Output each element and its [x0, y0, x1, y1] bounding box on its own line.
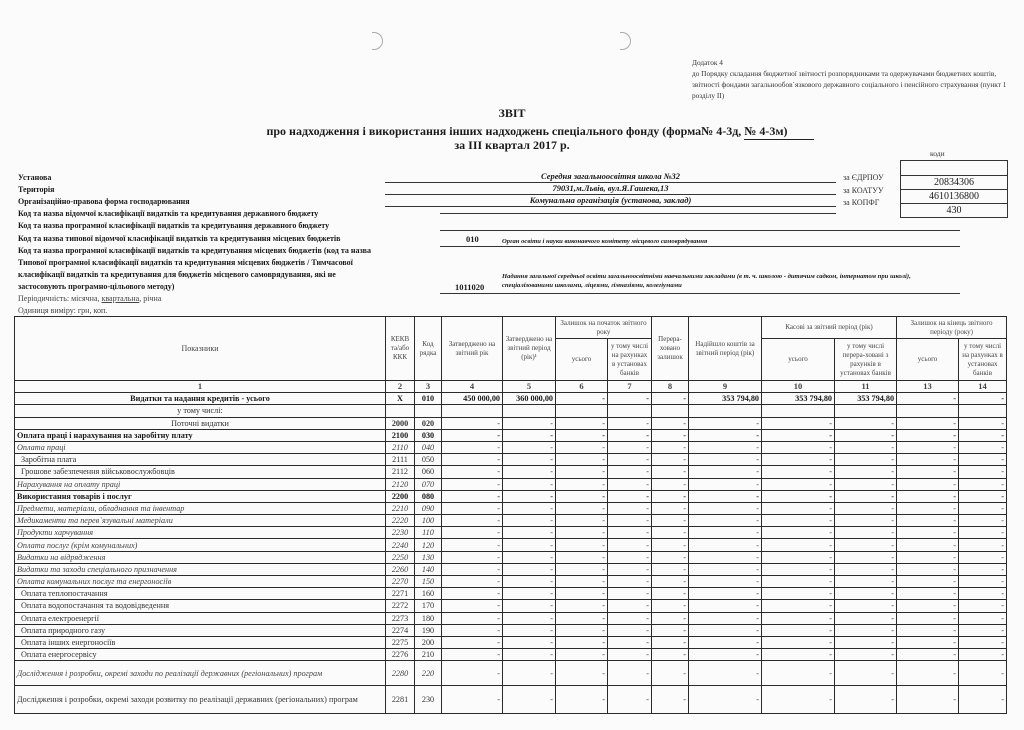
- kopfg-code: 430: [901, 203, 1007, 217]
- row-value: [503, 405, 556, 417]
- row-value: -: [835, 649, 897, 661]
- row-value: -: [897, 527, 959, 539]
- row-value: -: [689, 478, 762, 490]
- row-label: Поточні видатки: [15, 417, 386, 429]
- row-value: -: [897, 636, 959, 648]
- column-number: 9: [689, 381, 762, 393]
- row-value: -: [652, 454, 689, 466]
- row-value: -: [608, 429, 652, 441]
- row-code: 070: [415, 478, 442, 490]
- row-code: 110: [415, 527, 442, 539]
- row-kekv: 2100: [386, 429, 415, 441]
- report-period: за III квартал 2017 р.: [0, 138, 1024, 153]
- row-kekv: 2280: [386, 661, 415, 686]
- dept-local-name: Орган освіти і науки виконавчого комітет…: [502, 237, 707, 246]
- table-row: Оплата інших енергоносіїв2275200--------…: [15, 636, 1007, 648]
- row-value: -: [835, 600, 897, 612]
- row-value: [897, 405, 959, 417]
- row-value: -: [652, 393, 689, 405]
- row-kekv: 2271: [386, 588, 415, 600]
- koatuu-label: за КОАТУУ: [843, 186, 884, 195]
- table-row: Оплата праці2110040----------: [15, 441, 1007, 453]
- row-value: -: [762, 417, 835, 429]
- row-value: -: [442, 612, 503, 624]
- row-value: -: [503, 515, 556, 527]
- table-row: Медикаменти та перев`язувальні матеріали…: [15, 515, 1007, 527]
- row-kekv: 2276: [386, 649, 415, 661]
- row-value: -: [556, 502, 608, 514]
- row-value: -: [652, 490, 689, 502]
- row-label: Дослідження і розробки, окремі заходи по…: [15, 661, 386, 686]
- row-kekv: 2110: [386, 441, 415, 453]
- row-value: -: [556, 636, 608, 648]
- row-value: -: [689, 576, 762, 588]
- header-cash-transferred: у тому числі перера-ховані з рахунків в …: [835, 339, 897, 381]
- row-value: -: [762, 624, 835, 636]
- report-table: Показники КЕКВ та/або ККК Код рядка Затв…: [14, 316, 1007, 714]
- row-value: 360 000,00: [503, 393, 556, 405]
- row-value: -: [503, 686, 556, 714]
- codes-label: коди: [930, 149, 945, 158]
- row-value: -: [897, 563, 959, 575]
- row-value: -: [835, 527, 897, 539]
- row-value: [442, 405, 503, 417]
- punch-hole-mark: [620, 32, 631, 50]
- header-balance-end-total: усього: [897, 339, 959, 381]
- row-value: -: [652, 478, 689, 490]
- row-value: -: [959, 466, 1007, 478]
- report-title: ЗВІТ: [0, 106, 1024, 121]
- row-value: -: [556, 429, 608, 441]
- row-value: -: [959, 393, 1007, 405]
- row-value: -: [652, 466, 689, 478]
- row-value: -: [835, 454, 897, 466]
- institution-value: Середня загальноосвітня школа №32: [385, 171, 836, 183]
- column-number: 2: [386, 381, 415, 393]
- row-value: -: [959, 417, 1007, 429]
- row-value: -: [608, 441, 652, 453]
- row-value: -: [959, 527, 1007, 539]
- table-row: Оплата комунальних послуг та енергоносії…: [15, 576, 1007, 588]
- row-value: -: [959, 551, 1007, 563]
- row-value: [762, 405, 835, 417]
- row-value: -: [652, 417, 689, 429]
- row-label: Нарахування на оплату праці: [15, 478, 386, 490]
- org-form-value: Комунальна організація (установа, заклад…: [385, 195, 836, 207]
- row-kekv: 2274: [386, 624, 415, 636]
- row-code: 180: [415, 612, 442, 624]
- row-value: -: [608, 527, 652, 539]
- row-value: -: [503, 527, 556, 539]
- row-value: -: [503, 466, 556, 478]
- table-row: Дослідження і розробки, окремі заходи ро…: [15, 686, 1007, 714]
- row-value: -: [503, 563, 556, 575]
- header-kekv: КЕКВ та/або ККК: [386, 317, 415, 381]
- row-value: -: [959, 454, 1007, 466]
- row-code: 190: [415, 624, 442, 636]
- periodicity-selected: квартальна: [102, 294, 140, 303]
- row-label: Дослідження і розробки, окремі заходи ро…: [15, 686, 386, 714]
- row-value: -: [959, 624, 1007, 636]
- header-transferred: Перера-ховано залишок: [652, 317, 689, 381]
- row-value: -: [503, 636, 556, 648]
- row-value: -: [762, 429, 835, 441]
- table-row: Заробітна плата2111050----------: [15, 454, 1007, 466]
- prog-local-label-3: класифікації видатків та кредитування дл…: [18, 269, 336, 281]
- row-value: -: [608, 624, 652, 636]
- row-value: -: [897, 417, 959, 429]
- table-row: Нарахування на оплату праці2120070------…: [15, 478, 1007, 490]
- row-value: 353 794,80: [689, 393, 762, 405]
- row-kekv: X: [386, 393, 415, 405]
- row-value: -: [652, 527, 689, 539]
- row-kekv: 2210: [386, 502, 415, 514]
- row-label: Оплата природного газу: [15, 624, 386, 636]
- row-value: -: [652, 624, 689, 636]
- row-value: -: [608, 417, 652, 429]
- column-number: 8: [652, 381, 689, 393]
- appendix-note: Додаток 4 до Порядку складання бюджетної…: [692, 57, 1012, 101]
- row-value: -: [556, 624, 608, 636]
- row-value: -: [556, 478, 608, 490]
- header-balance-end-banks: у тому числі на рахунках в установах бан…: [959, 339, 1007, 381]
- row-value: -: [835, 478, 897, 490]
- row-value: [652, 405, 689, 417]
- row-value: -: [503, 429, 556, 441]
- row-value: -: [442, 588, 503, 600]
- row-value: -: [556, 600, 608, 612]
- appendix-line-2: до Порядку складання бюджетної звітності…: [692, 68, 1012, 101]
- row-code: 230: [415, 686, 442, 714]
- edrpou-code: 20834306: [901, 175, 1007, 189]
- row-code: 150: [415, 576, 442, 588]
- row-value: -: [689, 527, 762, 539]
- row-value: -: [652, 515, 689, 527]
- row-value: -: [442, 636, 503, 648]
- row-value: -: [959, 588, 1007, 600]
- row-value: -: [835, 441, 897, 453]
- row-kekv: 2200: [386, 490, 415, 502]
- row-value: -: [442, 429, 503, 441]
- table-row: Оплата праці і нарахування на заробітну …: [15, 429, 1007, 441]
- row-value: -: [959, 612, 1007, 624]
- row-value: -: [608, 576, 652, 588]
- row-kekv: 2112: [386, 466, 415, 478]
- row-value: -: [442, 576, 503, 588]
- row-value: -: [959, 563, 1007, 575]
- row-value: -: [556, 454, 608, 466]
- row-value: [689, 405, 762, 417]
- row-value: -: [608, 600, 652, 612]
- row-code: [415, 405, 442, 417]
- dept-local-code: 010: [466, 234, 479, 244]
- row-value: -: [442, 502, 503, 514]
- row-value: -: [689, 588, 762, 600]
- row-value: -: [689, 429, 762, 441]
- row-value: -: [503, 576, 556, 588]
- table-row: Дослідження і розробки, окремі заходи по…: [15, 661, 1007, 686]
- row-value: -: [835, 686, 897, 714]
- row-value: -: [556, 515, 608, 527]
- row-value: -: [556, 417, 608, 429]
- row-kekv: 2240: [386, 539, 415, 551]
- periodicity-suffix: , річна: [139, 294, 161, 303]
- row-value: -: [959, 576, 1007, 588]
- row-value: -: [608, 478, 652, 490]
- row-value: -: [959, 686, 1007, 714]
- row-value: -: [503, 502, 556, 514]
- report-subtitle-main: про надходження і використання інших над…: [266, 124, 741, 138]
- header-received: Надійшло коштів за звітний період (рік): [689, 317, 762, 381]
- row-value: -: [762, 661, 835, 686]
- dept-local-line: [440, 246, 960, 247]
- row-value: -: [835, 417, 897, 429]
- row-value: -: [897, 600, 959, 612]
- row-value: -: [762, 515, 835, 527]
- row-value: [959, 405, 1007, 417]
- row-value: -: [897, 490, 959, 502]
- row-value: -: [835, 624, 897, 636]
- row-kekv: [386, 405, 415, 417]
- row-value: -: [897, 612, 959, 624]
- row-kekv: 2270: [386, 576, 415, 588]
- row-kekv: 2111: [386, 454, 415, 466]
- prog-local-label-1: Код та назва програмної класифікації вид…: [18, 245, 371, 257]
- row-kekv: 2220: [386, 515, 415, 527]
- row-code: 020: [415, 417, 442, 429]
- row-value: -: [442, 686, 503, 714]
- row-label: Оплата інших енергоносіїв: [15, 636, 386, 648]
- row-value: -: [835, 502, 897, 514]
- row-value: -: [897, 393, 959, 405]
- row-label: Оплата енергосервісу: [15, 649, 386, 661]
- row-value: -: [762, 563, 835, 575]
- row-value: -: [608, 490, 652, 502]
- row-kekv: 2250: [386, 551, 415, 563]
- row-code: 160: [415, 588, 442, 600]
- column-number: 11: [835, 381, 897, 393]
- prog-local-label-4: застосовують програмно-цільового методу): [18, 281, 174, 293]
- column-numbers-row: 12345678910111314: [15, 381, 1007, 393]
- row-code: 050: [415, 454, 442, 466]
- dept-local-label: Код та назва типової відомчої класифікац…: [18, 233, 340, 245]
- row-value: -: [442, 417, 503, 429]
- row-code: 200: [415, 636, 442, 648]
- row-value: -: [442, 441, 503, 453]
- row-code: 130: [415, 551, 442, 563]
- row-value: -: [959, 490, 1007, 502]
- row-value: -: [835, 563, 897, 575]
- row-value: -: [689, 624, 762, 636]
- row-value: -: [652, 576, 689, 588]
- row-value: -: [959, 661, 1007, 686]
- row-value: -: [835, 576, 897, 588]
- row-value: -: [762, 454, 835, 466]
- column-number: 1: [15, 381, 386, 393]
- row-label: Оплата праці: [15, 441, 386, 453]
- appendix-line-1: Додаток 4: [692, 57, 1012, 68]
- row-value: -: [762, 649, 835, 661]
- row-code: 100: [415, 515, 442, 527]
- row-kekv: 2272: [386, 600, 415, 612]
- row-value: -: [503, 612, 556, 624]
- header-row-code: Код рядка: [415, 317, 442, 381]
- row-value: [835, 405, 897, 417]
- row-value: 353 794,80: [762, 393, 835, 405]
- territory-value: 79031,м.Львів, вул.Я.Гашека,13: [385, 183, 836, 195]
- org-form-label: Організаційно-правова форма господарюван…: [18, 196, 190, 208]
- row-value: -: [897, 624, 959, 636]
- periodicity-prefix: Періодичність: місячна,: [18, 294, 102, 303]
- row-kekv: 2000: [386, 417, 415, 429]
- row-value: -: [897, 551, 959, 563]
- row-value: -: [835, 612, 897, 624]
- row-value: -: [835, 551, 897, 563]
- row-value: -: [442, 661, 503, 686]
- row-label: Предмети, матеріали, обладнання та інвен…: [15, 502, 386, 514]
- row-value: -: [762, 490, 835, 502]
- row-value: -: [959, 515, 1007, 527]
- row-value: -: [608, 515, 652, 527]
- column-number: 6: [556, 381, 608, 393]
- row-value: -: [897, 539, 959, 551]
- row-value: -: [897, 454, 959, 466]
- row-value: -: [503, 551, 556, 563]
- row-value: -: [608, 563, 652, 575]
- table-row: Оплата послуг (крім комунальних)2240120-…: [15, 539, 1007, 551]
- row-value: -: [835, 588, 897, 600]
- row-label: Оплата комунальних послуг та енергоносії…: [15, 576, 386, 588]
- row-value: -: [608, 588, 652, 600]
- row-value: -: [652, 429, 689, 441]
- row-value: -: [689, 563, 762, 575]
- table-row: Предмети, матеріали, обладнання та інвен…: [15, 502, 1007, 514]
- row-value: -: [503, 624, 556, 636]
- row-value: -: [556, 588, 608, 600]
- row-label: Видатки та заходи спеціального призначен…: [15, 563, 386, 575]
- prog-local-label-2: Типової програмної класифікації видатків…: [18, 257, 353, 269]
- row-value: 353 794,80: [835, 393, 897, 405]
- row-value: -: [608, 539, 652, 551]
- row-value: -: [608, 636, 652, 648]
- row-value: -: [442, 478, 503, 490]
- row-code: 140: [415, 563, 442, 575]
- row-value: -: [442, 551, 503, 563]
- row-value: -: [959, 478, 1007, 490]
- row-code: 030: [415, 429, 442, 441]
- row-value: -: [959, 441, 1007, 453]
- row-kekv: 2281: [386, 686, 415, 714]
- row-value: -: [442, 466, 503, 478]
- row-value: -: [503, 588, 556, 600]
- codes-box-blank: [901, 161, 1007, 175]
- row-value: -: [762, 466, 835, 478]
- column-number: 10: [762, 381, 835, 393]
- header-balance-start: Залишок на початок звітного року: [556, 317, 652, 339]
- row-value: -: [503, 600, 556, 612]
- row-label: Оплата теплопостачання: [15, 588, 386, 600]
- row-value: [608, 405, 652, 417]
- row-value: -: [689, 636, 762, 648]
- dept-state-label: Код та назва відомчої класифікації видат…: [18, 208, 318, 220]
- row-value: -: [556, 490, 608, 502]
- row-value: -: [762, 686, 835, 714]
- row-value: -: [608, 551, 652, 563]
- row-value: -: [442, 527, 503, 539]
- row-value: -: [835, 429, 897, 441]
- row-value: -: [442, 649, 503, 661]
- institution-label: Установа: [18, 172, 51, 184]
- row-value: -: [442, 600, 503, 612]
- row-value: -: [689, 612, 762, 624]
- row-value: -: [897, 429, 959, 441]
- row-value: 450 000,00: [442, 393, 503, 405]
- row-value: -: [689, 417, 762, 429]
- table-row: Видатки та надання кредитів - усьогоX010…: [15, 393, 1007, 405]
- row-value: -: [608, 393, 652, 405]
- row-value: -: [689, 661, 762, 686]
- koatuu-code: 4610136800: [901, 189, 1007, 203]
- row-value: -: [556, 576, 608, 588]
- row-label: Оплата електроенергії: [15, 612, 386, 624]
- row-value: -: [442, 539, 503, 551]
- prog-state-line: [440, 230, 960, 231]
- row-value: -: [652, 539, 689, 551]
- row-kekv: 2275: [386, 636, 415, 648]
- table-row: Оплата енергосервісу2276210----------: [15, 649, 1007, 661]
- row-value: -: [762, 576, 835, 588]
- row-value: -: [608, 661, 652, 686]
- table-row: Грошове забезпечення військовослужбовців…: [15, 466, 1007, 478]
- row-code: 210: [415, 649, 442, 661]
- row-value: -: [762, 551, 835, 563]
- row-value: -: [503, 661, 556, 686]
- header-cash-total: усього: [762, 339, 835, 381]
- column-number: 4: [442, 381, 503, 393]
- table-row: Поточні видатки2000020----------: [15, 417, 1007, 429]
- table-row: Продукти харчування2230110----------: [15, 527, 1007, 539]
- row-code: 060: [415, 466, 442, 478]
- row-value: -: [897, 441, 959, 453]
- row-value: -: [556, 661, 608, 686]
- table-row: Видатки та заходи спеціального призначен…: [15, 563, 1007, 575]
- row-value: -: [835, 466, 897, 478]
- row-value: -: [835, 539, 897, 551]
- row-value: -: [959, 600, 1007, 612]
- table-row: Оплата електроенергії2273180----------: [15, 612, 1007, 624]
- header-approved-year: Затверджено на звітний рік: [442, 317, 503, 381]
- prog-local-code: 1011020: [455, 282, 484, 292]
- table-body: Видатки та надання кредитів - усьогоX010…: [15, 393, 1007, 714]
- row-value: -: [897, 515, 959, 527]
- row-value: -: [689, 502, 762, 514]
- row-code: 080: [415, 490, 442, 502]
- row-value: -: [689, 466, 762, 478]
- row-label: Грошове забезпечення військовослужбовців: [15, 466, 386, 478]
- row-code: 040: [415, 441, 442, 453]
- row-value: -: [689, 515, 762, 527]
- row-value: -: [762, 588, 835, 600]
- row-value: -: [762, 636, 835, 648]
- row-value: -: [652, 686, 689, 714]
- row-value: -: [503, 478, 556, 490]
- row-value: -: [556, 563, 608, 575]
- row-value: -: [689, 551, 762, 563]
- row-value: -: [897, 576, 959, 588]
- row-label: Медикаменти та перев`язувальні матеріали: [15, 515, 386, 527]
- row-value: -: [959, 539, 1007, 551]
- territory-label: Територія: [18, 184, 54, 196]
